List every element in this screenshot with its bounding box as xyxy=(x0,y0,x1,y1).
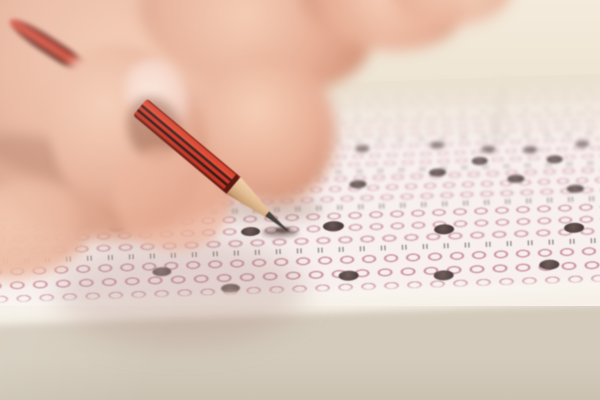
photo-scantron-scene xyxy=(0,0,600,400)
pencil-contact-mark xyxy=(276,227,290,233)
thumb-group xyxy=(0,0,600,400)
